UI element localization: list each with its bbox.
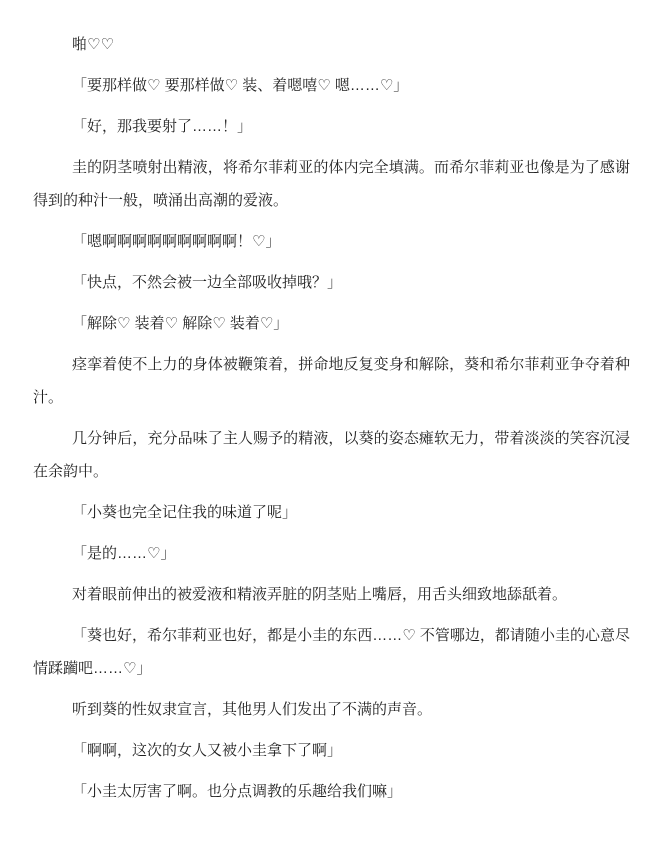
paragraph: 「解除♡ 装着♡ 解除♡ 装着♡」 bbox=[33, 307, 630, 340]
paragraph: 「啊啊，这次的女人又被小圭拿下了啊」 bbox=[33, 734, 630, 767]
novel-page: 啪♡♡「要那样做♡ 要那样做♡ 装、着嗯嘻♡ 嗯……♡」「好，那我要射了……！」… bbox=[0, 0, 650, 850]
paragraph: 「小葵也完全记住我的味道了呢」 bbox=[33, 496, 630, 529]
paragraph: 「好，那我要射了……！」 bbox=[33, 110, 630, 143]
paragraph: 听到葵的性奴隶宣言，其他男人们发出了不满的声音。 bbox=[33, 693, 630, 726]
paragraph: 「是的……♡」 bbox=[33, 537, 630, 570]
document-body: 啪♡♡「要那样做♡ 要那样做♡ 装、着嗯嘻♡ 嗯……♡」「好，那我要射了……！」… bbox=[33, 28, 630, 808]
paragraph: 「快点，不然会被一边全部吸收掉哦？」 bbox=[33, 266, 630, 299]
paragraph: 「小圭太厉害了啊。也分点调教的乐趣给我们嘛」 bbox=[33, 775, 630, 808]
paragraph: 几分钟后，充分品味了主人赐予的精液，以葵的姿态瘫软无力，带着淡淡的笑容沉浸在余韵… bbox=[33, 422, 630, 488]
paragraph: 「嗯啊啊啊啊啊啊啊啊啊！♡」 bbox=[33, 225, 630, 258]
paragraph: 圭的阴茎喷射出精液，将希尔菲莉亚的体内完全填满。而希尔菲莉亚也像是为了感谢得到的… bbox=[33, 151, 630, 217]
paragraph: 「要那样做♡ 要那样做♡ 装、着嗯嘻♡ 嗯……♡」 bbox=[33, 69, 630, 102]
paragraph: 痉挛着使不上力的身体被鞭策着，拼命地反复变身和解除，葵和希尔菲莉亚争夺着种汁。 bbox=[33, 348, 630, 414]
paragraph: 对着眼前伸出的被爱液和精液弄脏的阴茎贴上嘴唇，用舌头细致地舔舐着。 bbox=[33, 578, 630, 611]
paragraph: 「葵也好，希尔菲莉亚也好，都是小圭的东西……♡ 不管哪边，都请随小圭的心意尽情蹂… bbox=[33, 619, 630, 685]
paragraph: 啪♡♡ bbox=[33, 28, 630, 61]
